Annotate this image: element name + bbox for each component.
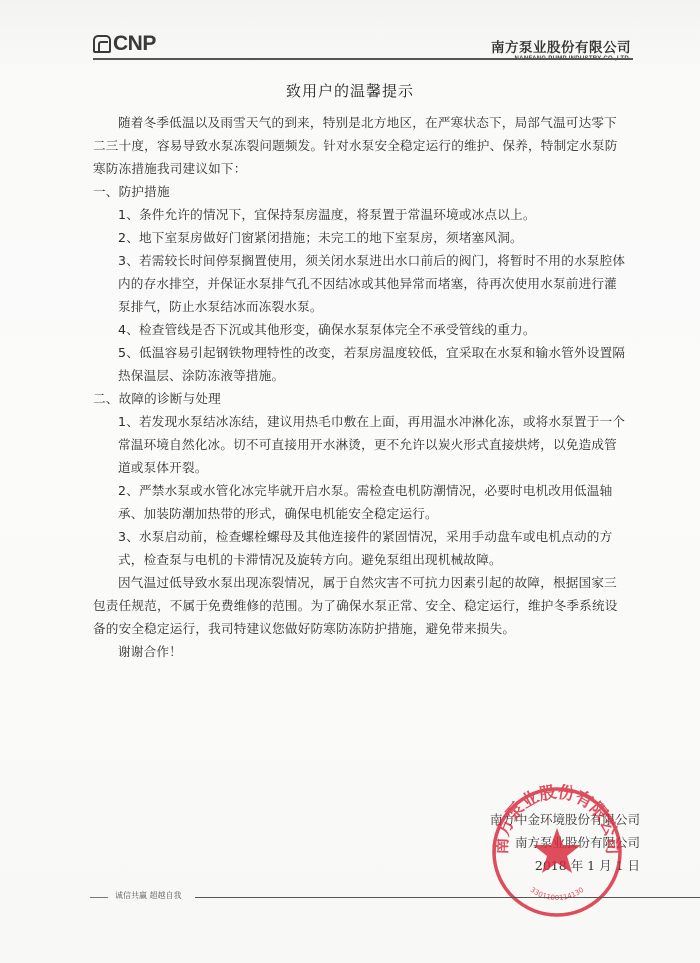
diagnosis-item-1: 1、若发现水泵结冰冻结，建议用热毛巾敷在上面，再用温水冲淋化冻，或将水泵置于一个… [93,410,628,479]
document-body: 随着冬季低温以及雨雪天气的到来，特别是北方地区，在严寒状态下，局部气温可达零下二… [93,111,628,663]
section-heading-protection: 一、防护措施 [93,180,628,203]
protection-item-5: 5、低温容易引起钢铁物理特性的改变，若泵房温度较低，宜采取在水泵和输水管外设置隔… [93,341,628,387]
signature-company-1: 南方中金环境股份有限公司 [440,808,640,831]
cnp-logo-icon [93,35,111,53]
company-name-cn: 南方泵业股份有限公司 [491,36,631,56]
protection-item-3: 3、若需较长时间停泵搁置使用，须关闭水泵进出水口前后的阀门，将暂时不用的水泵腔体… [93,249,628,318]
footer-rule-right [195,897,700,898]
signature-block: 南方中金环境股份有限公司 南方泵业股份有限公司 2018 年 1 月 1 日 [440,808,640,877]
signature-date: 2018 年 1 月 1 日 [440,854,640,877]
footer-rule-left [90,897,108,898]
diagnosis-item-2: 2、严禁水泵或水管化冰完毕就开启水泵。需检查电机防潮情况，必要时电机改用低温轴承… [93,479,628,525]
protection-item-4: 4、检查管线是否下沉或其他形变，确保水泵泵体完全不承受管线的重力。 [93,318,628,341]
footer-slogan: 诚信共赢 超越自我 [115,890,182,901]
header-divider [93,58,633,60]
thanks-line: 谢谢合作！ [93,640,628,663]
diagnosis-item-3: 3、水泵启动前，检查螺栓螺母及其他连接件的紧固情况，采用手动盘车或电机点动的方式… [93,525,628,571]
logo-text: CNP [113,32,156,56]
company-logo: CNP [93,32,156,56]
document-title: 致用户的温馨提示 [0,80,700,101]
footer: 诚信共赢 超越自我 [90,890,700,904]
protection-item-1: 1、条件允许的情况下，宜保持泵房温度，将泵置于常温环境或冰点以上。 [93,203,628,226]
document-page: CNP 南方泵业股份有限公司 NANFANG PUMP INDUSTRY CO.… [0,0,700,963]
signature-company-2: 南方泵业股份有限公司 [440,831,640,854]
section-heading-diagnosis: 二、故障的诊断与处理 [93,387,628,410]
intro-paragraph: 随着冬季低温以及雨雪天气的到来，特别是北方地区，在严寒状态下，局部气温可达零下二… [93,111,628,180]
protection-item-2: 2、地下室泵房做好门窗紧闭措施；未完工的地下室泵房，须堵塞风洞。 [93,226,628,249]
closing-paragraph: 因气温过低导致水泵出现冻裂情况，属于自然灾害不可抗力因素引起的故障，根据国家三包… [93,571,628,640]
